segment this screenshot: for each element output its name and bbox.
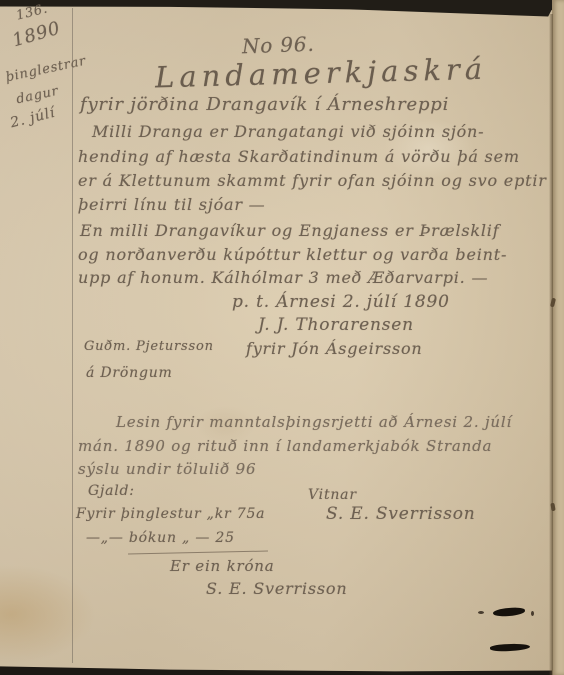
adjacent-page-edge [552,0,564,675]
ink-blot [493,607,525,617]
signature-on-behalf: fyrir Jón Ásgeirsson [246,339,423,358]
document-subtitle: fyrir jörðina Drangavík í Árneshreppi [80,94,449,115]
registration-line: sýslu undir tölulið 96 [78,460,256,478]
binding-edge-bottom [0,663,564,675]
dateline: p. t. Árnesi 2. júlí 1890 [232,292,450,312]
fees-line1: Fyrir þinglestur „kr 75a [76,506,265,522]
witness-label: Vitnar [308,487,357,503]
document-title: Landamerkjaskrá [155,52,488,95]
signature-left-name: Guðm. Pjetursson [84,339,214,354]
body-line: upp af honum. Kálhólmar 3 með Æðarvarpi.… [78,268,488,287]
document-number: No 96. [242,32,315,59]
margin-note-line1: þinglestrar [4,54,87,86]
body-line: Milli Dranga er Drangatangi við sjóinn s… [92,122,484,141]
manuscript-scan: 136. 1890 þinglestrar dagur 2. júlí No 9… [0,0,564,675]
sum-underline [128,551,268,555]
ink-blot [490,643,530,652]
ink-speck [478,611,484,614]
binding-edge-top [0,0,564,18]
registration-line: mán. 1890 og rituð inn í landamerkjabók … [78,437,492,455]
signature-principal: J. J. Thorarensen [258,315,414,335]
witness-name: S. E. Sverrisson [326,504,476,524]
body-line: hending af hæsta Skarðatindinum á vörðu … [78,147,520,166]
body-line: er á Klettunum skammt fyrir ofan sjóinn … [78,171,547,190]
fees-line2: —„— bókun „ — 25 [86,530,235,546]
margin-rule-line [72,8,73,663]
body-line: þeirri línu til sjóar — [78,195,266,214]
body-line: En milli Drangavíkur og Engjaness er Þræ… [80,221,499,240]
final-signature: S. E. Sverrisson [206,579,347,598]
body-line: og norðanverðu kúpóttur klettur og varða… [78,245,507,264]
fees-label: Gjald: [88,483,135,499]
ink-speck [531,611,534,616]
page-fold-crease [549,14,553,675]
registration-line: Lesin fyrir manntalsþingsrjetti að Árnes… [116,413,512,431]
margin-note-line3: 2. júlí [9,105,57,132]
signature-left-place: á Dröngum [86,365,173,381]
fees-total: Er ein króna [170,557,275,575]
